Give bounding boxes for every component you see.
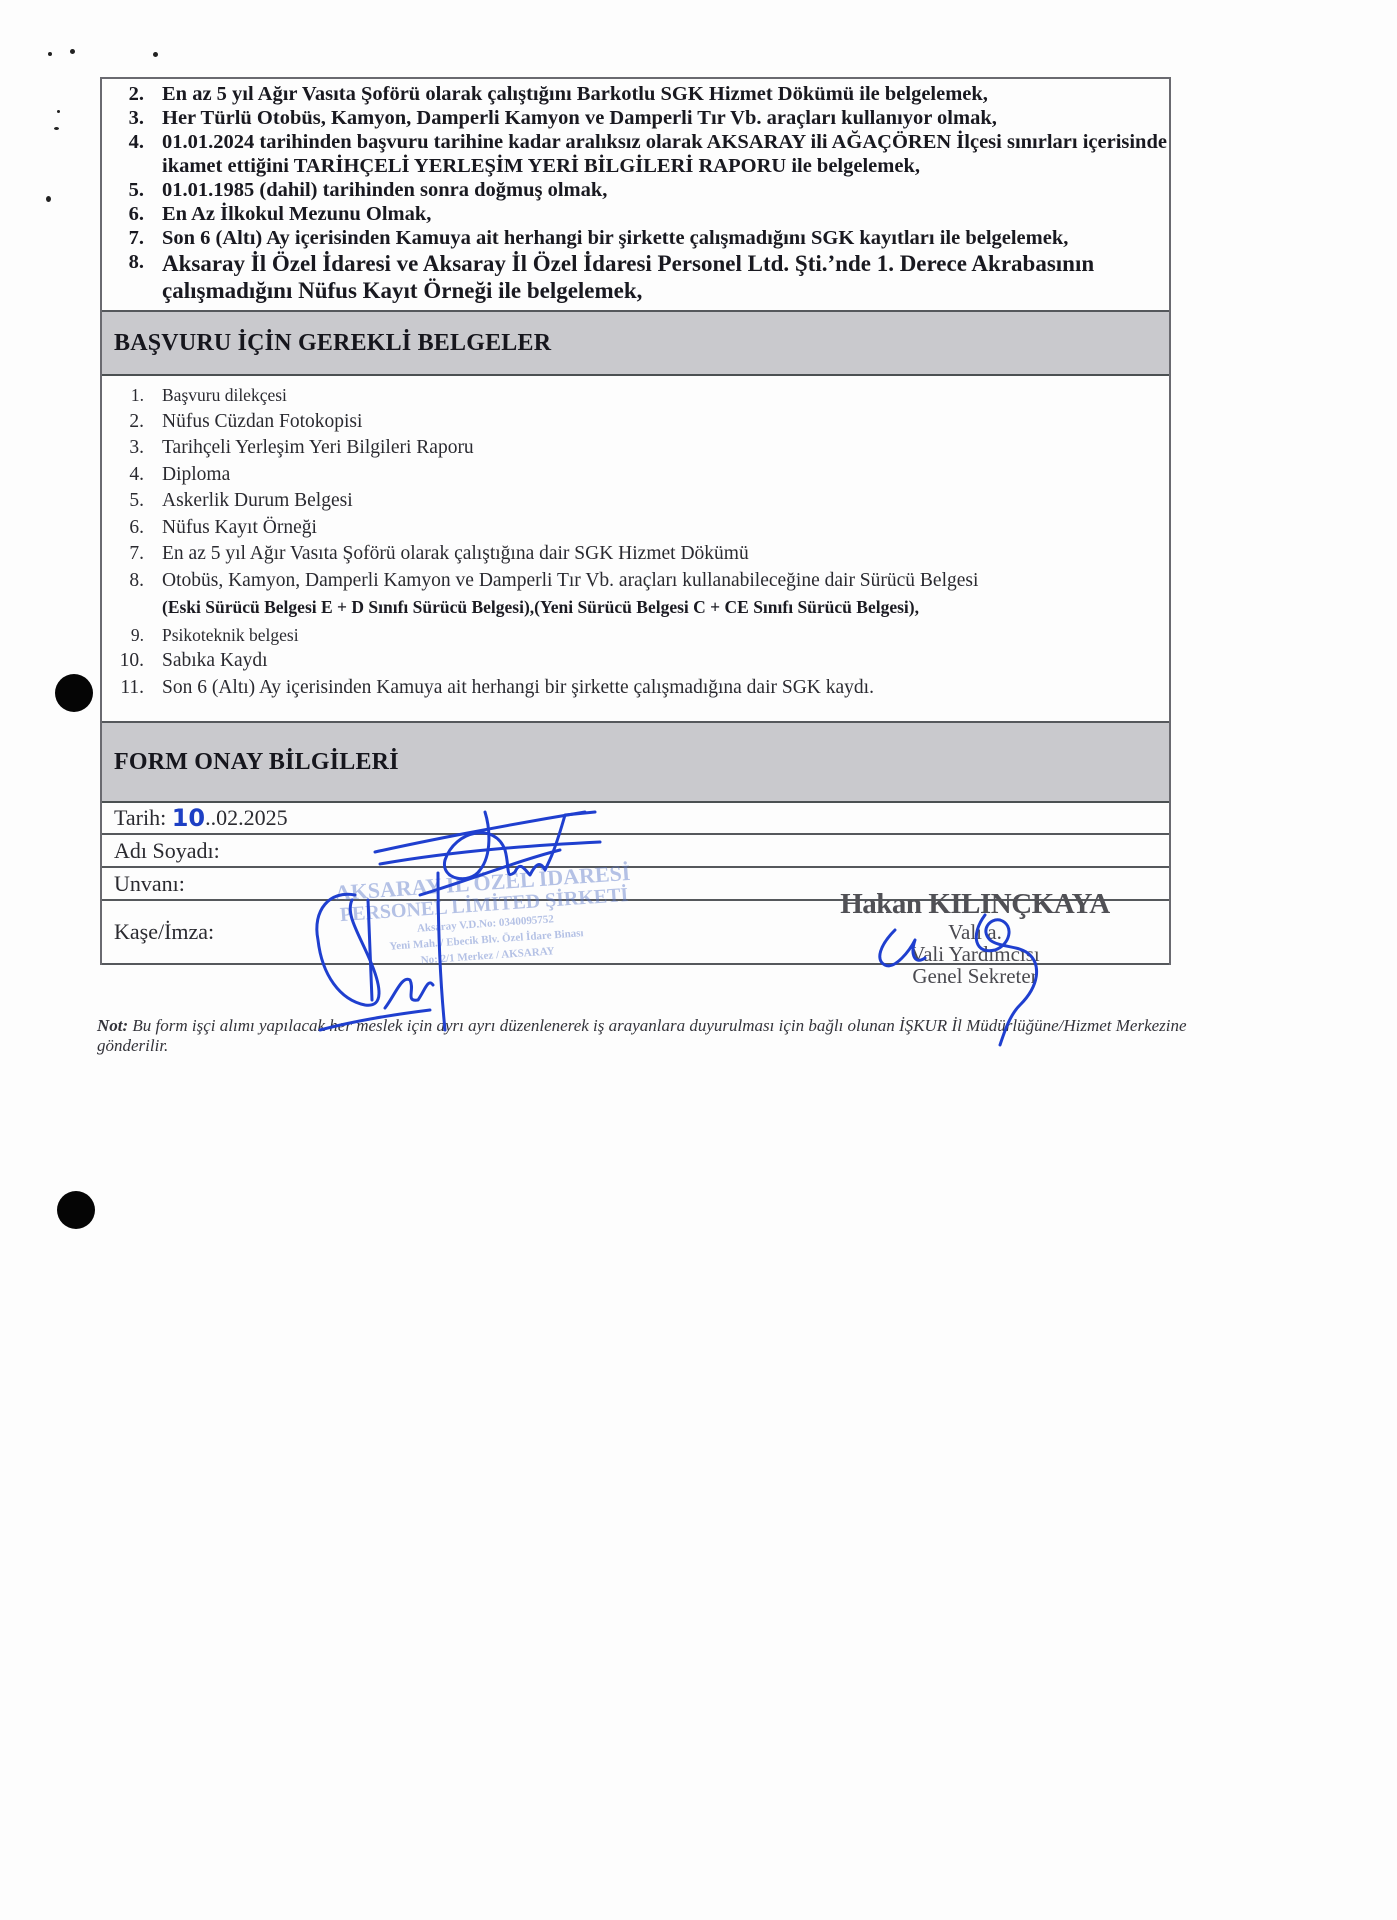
scan-speck <box>46 196 51 202</box>
document-item: 11.Son 6 (Altı) Ay içerisinden Kamuya ai… <box>102 675 1169 702</box>
item-text: Nüfus Cüzdan Fotokopisi <box>162 409 1169 436</box>
item-main-text: Sabıka Kaydı <box>162 650 268 671</box>
requirements-list: 2.En az 5 yıl Ağır Vasıta Şoförü olarak … <box>102 82 1169 304</box>
document-item: 2.Nüfus Cüzdan Fotokopisi <box>102 409 1169 436</box>
item-number: 7. <box>102 226 162 250</box>
official-line: Genel Sekreter <box>835 965 1115 987</box>
item-number: 6. <box>102 515 162 542</box>
item-number: 5. <box>102 178 162 202</box>
item-text: Aksaray İl Özel İdaresi ve Aksaray İl Öz… <box>162 250 1169 304</box>
document-item: 8.Otobüs, Kamyon, Damperli Kamyon ve Dam… <box>102 568 1169 622</box>
item-number: 1. <box>102 382 162 409</box>
requirement-item: 7.Son 6 (Altı) Ay içerisinden Kamuya ait… <box>102 226 1169 250</box>
item-text: Tarihçeli Yerleşim Yeri Bilgileri Raporu <box>162 435 1169 462</box>
official-line: Vali Yardımcısı <box>835 943 1115 965</box>
item-main-text: Otobüs, Kamyon, Damperli Kamyon ve Dampe… <box>162 570 978 591</box>
requirement-item: 3.Her Türlü Otobüs, Kamyon, Damperli Kam… <box>102 106 1169 130</box>
requirement-item: 2.En az 5 yıl Ağır Vasıta Şoförü olarak … <box>102 82 1169 106</box>
document-item: 1.Başvuru dilekçesi <box>102 382 1169 409</box>
approval-header: FORM ONAY BİLGİLERİ <box>102 723 1169 803</box>
scan-speck <box>70 49 75 54</box>
item-main-text: Başvuru dilekçesi <box>162 385 287 405</box>
item-main-text: Tarihçeli Yerleşim Yeri Bilgileri Raporu <box>162 437 474 458</box>
item-number: 9. <box>102 622 162 649</box>
name-label: Adı Soyadı: <box>114 838 220 864</box>
official-line: Vali a. <box>835 921 1115 943</box>
document-item: 6.Nüfus Kayıt Örneği <box>102 515 1169 542</box>
official-name: Hakan KILINÇKAYA <box>835 888 1115 921</box>
item-number: 4. <box>102 462 162 489</box>
item-number: 7. <box>102 541 162 568</box>
item-main-text: Nüfus Kayıt Örneği <box>162 517 317 538</box>
item-main-text: Diploma <box>162 464 230 485</box>
documents-header: BAŞVURU İÇİN GEREKLİ BELGELER <box>102 312 1169 376</box>
item-number: 11. <box>102 675 162 702</box>
scanned-page: 2.En az 5 yıl Ağır Vasıta Şoförü olarak … <box>0 0 1397 1920</box>
item-text: Son 6 (Altı) Ay içerisinden Kamuya ait h… <box>162 226 1169 250</box>
form-table: 2.En az 5 yıl Ağır Vasıta Şoförü olarak … <box>100 77 1171 965</box>
requirements-section: 2.En az 5 yıl Ağır Vasıta Şoförü olarak … <box>102 79 1169 312</box>
item-number: 2. <box>102 82 162 106</box>
item-number: 4. <box>102 130 162 154</box>
scan-speck <box>57 110 60 113</box>
scan-speck <box>48 52 52 56</box>
document-item: 10.Sabıka Kaydı <box>102 648 1169 675</box>
punch-hole <box>57 1191 95 1229</box>
item-sub-text: (Eski Sürücü Belgesi E + D Sınıfı Sürücü… <box>162 597 919 617</box>
item-main-text: En az 5 yıl Ağır Vasıta Şoförü olarak ça… <box>162 543 749 564</box>
item-text: Başvuru dilekçesi <box>162 382 1169 409</box>
approval-title: FORM ONAY BİLGİLERİ <box>114 749 399 776</box>
item-main-text: Nüfus Cüzdan Fotokopisi <box>162 411 362 432</box>
item-text: En az 5 yıl Ağır Vasıta Şoförü olarak ça… <box>162 82 1169 106</box>
footnote: Not: Bu form işçi alımı yapılacak her me… <box>97 1016 1197 1056</box>
item-text: Askerlik Durum Belgesi <box>162 488 1169 515</box>
date-label: Tarih: <box>114 805 166 831</box>
title-label: Unvanı: <box>114 871 185 897</box>
documents-title: BAŞVURU İÇİN GEREKLİ BELGELER <box>114 330 551 357</box>
punch-hole <box>55 674 93 712</box>
item-number: 2. <box>102 409 162 436</box>
item-number: 6. <box>102 202 162 226</box>
item-text: Son 6 (Altı) Ay içerisinden Kamuya ait h… <box>162 675 1169 702</box>
item-text: 01.01.2024 tarihinden başvuru tarihine k… <box>162 130 1169 178</box>
item-main-text: Askerlik Durum Belgesi <box>162 490 353 511</box>
item-text: En az 5 yıl Ağır Vasıta Şoförü olarak ça… <box>162 541 1169 568</box>
document-item: 5.Askerlik Durum Belgesi <box>102 488 1169 515</box>
note-text: Bu form işçi alımı yapılacak her meslek … <box>97 1016 1187 1055</box>
item-number: 3. <box>102 106 162 130</box>
item-text: 01.01.1985 (dahil) tarihinden sonra doğm… <box>162 178 1169 202</box>
item-text: Diploma <box>162 462 1169 489</box>
scan-speck <box>54 127 59 130</box>
seal-label: Kaşe/İmza: <box>114 919 214 945</box>
date-handwritten: 10 <box>172 804 205 832</box>
requirement-item: 8.Aksaray İl Özel İdaresi ve Aksaray İl … <box>102 250 1169 304</box>
date-value: ..02.2025 <box>205 805 288 831</box>
official-stamp: Hakan KILINÇKAYA Vali a. Vali Yardımcısı… <box>835 888 1115 987</box>
document-item: 7.En az 5 yıl Ağır Vasıta Şoförü olarak … <box>102 541 1169 568</box>
item-text: Sabıka Kaydı <box>162 648 1169 675</box>
scan-speck <box>153 52 158 57</box>
documents-list: 1.Başvuru dilekçesi2.Nüfus Cüzdan Fotoko… <box>102 382 1169 701</box>
document-item: 4.Diploma <box>102 462 1169 489</box>
item-number: 10. <box>102 648 162 675</box>
item-main-text: Son 6 (Altı) Ay içerisinden Kamuya ait h… <box>162 677 874 698</box>
requirement-item: 4.01.01.2024 tarihinden başvuru tarihine… <box>102 130 1169 178</box>
note-label: Not: <box>97 1016 128 1035</box>
item-main-text: Psikoteknik belgesi <box>162 625 299 645</box>
date-row: Tarih: 10 ..02.2025 <box>102 803 1169 835</box>
item-number: 3. <box>102 435 162 462</box>
item-text: Psikoteknik belgesi <box>162 622 1169 649</box>
item-number: 5. <box>102 488 162 515</box>
document-item: 9.Psikoteknik belgesi <box>102 622 1169 649</box>
item-text: Her Türlü Otobüs, Kamyon, Damperli Kamyo… <box>162 106 1169 130</box>
item-text: En Az İlkokul Mezunu Olmak, <box>162 202 1169 226</box>
documents-section: 1.Başvuru dilekçesi2.Nüfus Cüzdan Fotoko… <box>102 376 1169 723</box>
requirement-item: 6.En Az İlkokul Mezunu Olmak, <box>102 202 1169 226</box>
requirement-item: 5.01.01.1985 (dahil) tarihinden sonra do… <box>102 178 1169 202</box>
item-number: 8. <box>102 568 162 595</box>
document-item: 3.Tarihçeli Yerleşim Yeri Bilgileri Rapo… <box>102 435 1169 462</box>
item-text: Nüfus Kayıt Örneği <box>162 515 1169 542</box>
item-number: 8. <box>102 250 162 274</box>
item-text: Otobüs, Kamyon, Damperli Kamyon ve Dampe… <box>162 568 1169 622</box>
